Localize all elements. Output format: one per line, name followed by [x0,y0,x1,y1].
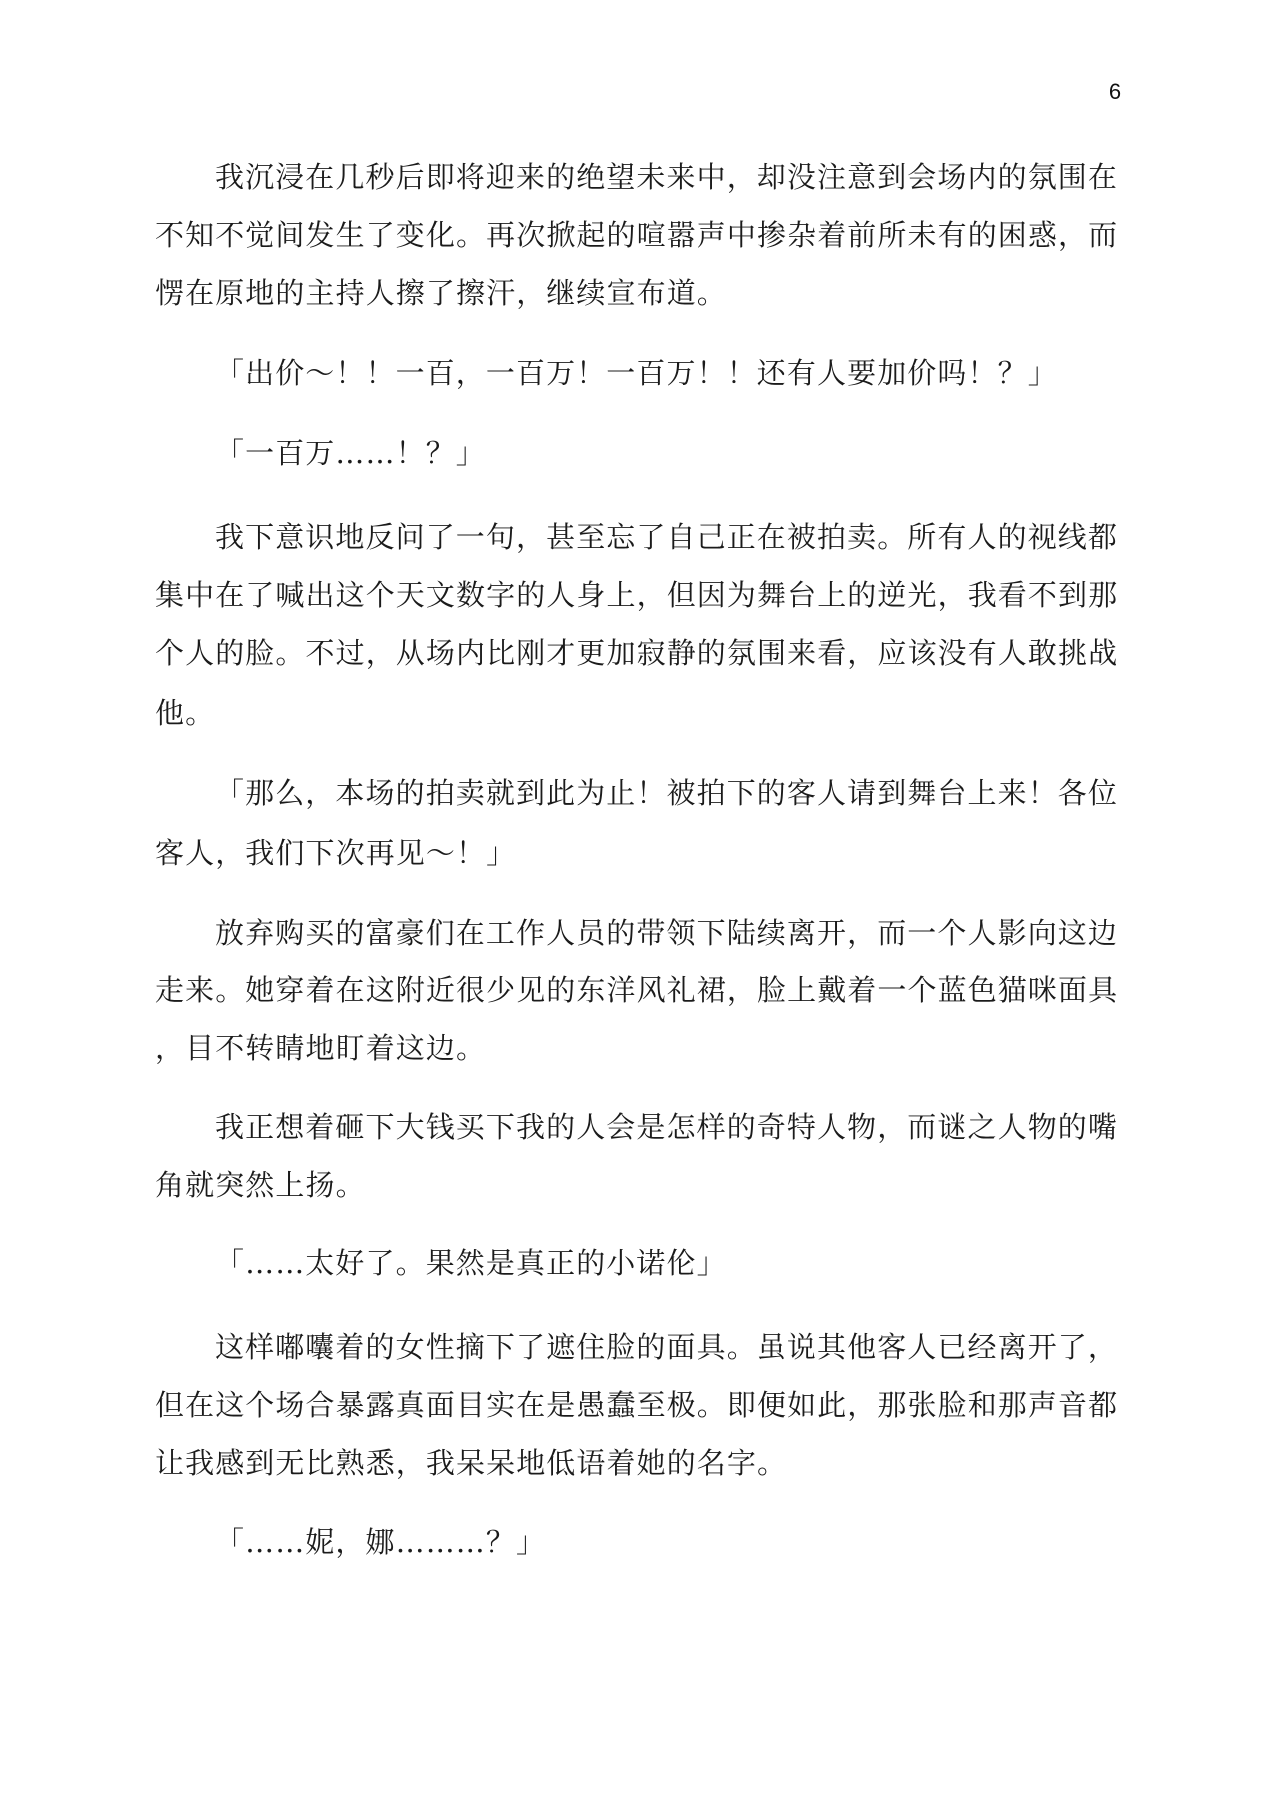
text-line: 个人的脸。不过，从场内比刚才更加寂静的氛围来看，应该没有人敢挑战 [155,636,1118,670]
text-line: 「……妮，娜………？」 [215,1525,546,1559]
text-line: 「一百万……！？」 [215,436,486,470]
text-line: 「那么，本场的拍卖就到此为止！被拍下的客人请到舞台上来！各位 [215,776,1118,810]
text-line: 愣在原地的主持人擦了擦汗，继续宣布道。 [155,276,727,310]
text-line: 让我感到无比熟悉，我呆呆地低语着她的名字。 [155,1446,787,1480]
text-line: 我下意识地反问了一句，甚至忘了自己正在被拍卖。所有人的视线都 [215,520,1118,554]
text-line: 我沉浸在几秒后即将迎来的绝望未来中，却没注意到会场内的氛围在 [215,160,1118,194]
text-line: 放弃购买的富豪们在工作人员的带领下陆续离开，而一个人影向这边 [215,916,1118,950]
text-line: 「……太好了。果然是真正的小诺伦」 [215,1246,727,1280]
text-line: ，目不转睛地盯着这边。 [155,1031,486,1065]
document-page: 6 我沉浸在几秒后即将迎来的绝望未来中，却没注意到会场内的氛围在 不知不觉间发生… [0,0,1280,1810]
text-line: 「出价～！！一百，一百万！一百万！！还有人要加价吗！？」 [215,356,1058,390]
text-line: 我正想着砸下大钱买下我的人会是怎样的奇特人物，而谜之人物的嘴 [215,1110,1118,1144]
text-line: 但在这个场合暴露真面目实在是愚蠢至极。即便如此，那张脸和那声音都 [155,1388,1118,1422]
text-line: 不知不觉间发生了变化。再次掀起的喧嚣声中掺杂着前所未有的困惑，而 [155,218,1118,252]
text-line: 客人，我们下次再见～！」 [155,836,516,870]
text-line: 走来。她穿着在这附近很少见的东洋风礼裙，脸上戴着一个蓝色猫咪面具 [155,973,1118,1007]
text-line: 这样嘟囔着的女性摘下了遮住脸的面具。虽说其他客人已经离开了， [215,1330,1118,1364]
text-line: 他。 [155,696,215,730]
text-line: 集中在了喊出这个天文数字的人身上，但因为舞台上的逆光，我看不到那 [155,578,1118,612]
text-line: 角就突然上扬。 [155,1168,366,1202]
page-number: 6 [1100,78,1130,106]
